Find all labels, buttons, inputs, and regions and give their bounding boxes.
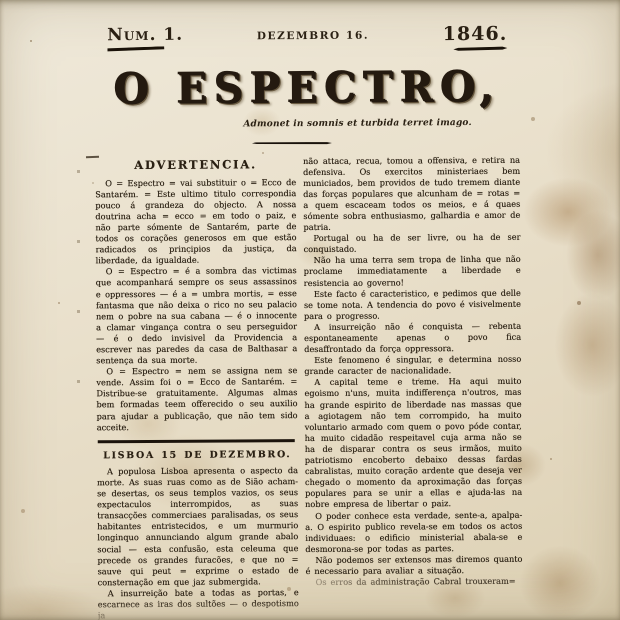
issue-underline-rule <box>107 46 164 51</box>
scanned-newspaper-page: Num. 1. DEZEMBRO 16. 1846. O ESPECTRO, A… <box>0 0 620 620</box>
left-paragraph-faded: A insurreição bate a todas as portas, e … <box>98 587 299 620</box>
left-paragraph: O = Espectro = é a sombra das victimas q… <box>96 265 298 366</box>
left-column: ADVERTENCIA. O = Espectro = vai substitu… <box>95 156 299 620</box>
binding-marks <box>77 170 80 430</box>
masthead-title: O ESPECTRO, <box>91 61 521 113</box>
right-paragraph: Portugal ou ha de ser livre, ou ha de se… <box>303 232 520 256</box>
issue-number-block: Num. 1. <box>107 25 183 51</box>
issue-year: 1846. <box>443 23 508 45</box>
right-paragraph: Este fenomeno é singular, e determina no… <box>304 354 521 378</box>
right-paragraph: O poder conhece esta verdade, sente-a, a… <box>305 509 522 555</box>
left-paragraph: O = Espectro = vai substituir o = Ecco d… <box>95 177 297 267</box>
right-paragraph: A capital teme e treme. Ha aqui muito eg… <box>304 376 522 510</box>
year-block: 1846. <box>443 23 508 51</box>
right-paragraph: não attaca, recua, tomou a offensiva, e … <box>303 154 520 233</box>
paper-specks <box>30 40 32 42</box>
masthead-motto: Admonet in somnis et turbida terret imag… <box>92 117 522 130</box>
masthead-divider-rule <box>252 141 332 144</box>
lisboa-dateline-heading: LISBOA 15 DE DEZEMBRO. <box>97 449 298 461</box>
right-paragraph: A insurreição não é conquista — rebenta … <box>304 321 521 356</box>
left-paragraph: O = Espectro = nem se assigna nem se ven… <box>96 365 297 433</box>
right-column: não attaca, recua, tomou a offensiva, e … <box>303 154 523 620</box>
page-header: Num. 1. DEZEMBRO 16. 1846. <box>91 13 521 53</box>
right-paragraph-faded: Os erros da administração Cabral trouxer… <box>306 576 523 588</box>
left-paragraph: A populosa Lisboa apresenta o aspecto da… <box>97 465 299 588</box>
right-paragraph: Não podemos ser extensos mas diremos qua… <box>305 554 522 578</box>
text-columns: ADVERTENCIA. O = Espectro = vai substitu… <box>92 154 525 620</box>
right-paragraph: Não ha uma terra sem tropa de linha que … <box>304 254 521 289</box>
issue-number: Num. 1. <box>107 25 183 45</box>
year-underline-rule <box>453 46 507 51</box>
printed-area: Num. 1. DEZEMBRO 16. 1846. O ESPECTRO, A… <box>91 13 525 620</box>
right-paragraph: Este facto é caracteristico, e pedimos q… <box>304 287 521 322</box>
issue-date: DEZEMBRO 16. <box>257 30 369 43</box>
section-divider-rule <box>98 439 295 443</box>
advertencia-heading: ADVERTENCIA. <box>95 159 296 171</box>
